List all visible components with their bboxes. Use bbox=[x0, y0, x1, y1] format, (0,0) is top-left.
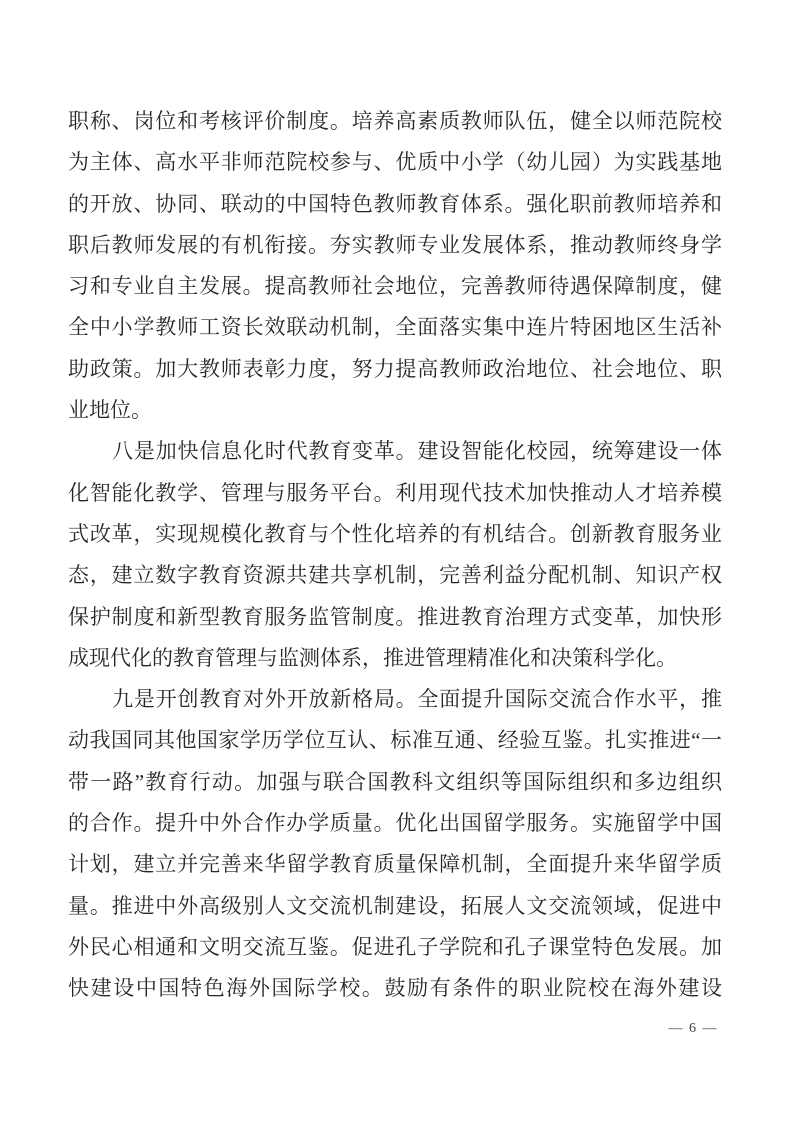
document-line: 的合作。提升中外合作办学质量。优化出国留学服务。实施留学中国 bbox=[68, 803, 722, 844]
page-number: — 6 — bbox=[669, 1021, 719, 1037]
document-line: 化智能化教学、管理与服务平台。利用现代技术加快推动人才培养模 bbox=[68, 473, 722, 514]
document-line: 带一路”教育行动。加强与联合国教科文组织等国际组织和多边组织 bbox=[68, 762, 722, 803]
document-line: 职后教师发展的有机衔接。夯实教师专业发展体系，推动教师终身学 bbox=[68, 225, 722, 266]
paragraph: 职称、岗位和考核评价制度。培养高素质教师队伍，健全以师范院校 为主体、高水平非师… bbox=[68, 101, 722, 431]
document-line: 全中小学教师工资长效联动机制，全面落实集中连片特困地区生活补 bbox=[68, 307, 722, 348]
document-line: 量。推进中外高级别人文交流机制建设，拓展人文交流领域，促进中 bbox=[68, 886, 722, 927]
document-line: 助政策。加大教师表彰力度，努力提高教师政治地位、社会地位、职 bbox=[68, 349, 722, 390]
document-line: 九是开创教育对外开放新格局。全面提升国际交流合作水平，推 bbox=[68, 679, 722, 720]
document-line: 动我国同其他国家学历学位互认、标准互通、经验互鉴。扎实推进“一 bbox=[68, 720, 722, 761]
document-page: 职称、岗位和考核评价制度。培养高素质教师队伍，健全以师范院校 为主体、高水平非师… bbox=[0, 0, 793, 1122]
document-line: 为主体、高水平非师范院校参与、优质中小学（幼儿园）为实践基地 bbox=[68, 142, 722, 183]
paragraph: 八是加快信息化时代教育变革。建设智能化校园，统筹建设一体 化智能化教学、管理与服… bbox=[68, 431, 722, 679]
document-line: 态，建立数字教育资源共建共享机制，完善利益分配机制、知识产权 bbox=[68, 555, 722, 596]
document-line: 快建设中国特色海外国际学校。鼓励有条件的职业院校在海外建设 bbox=[68, 968, 722, 1009]
document-line: 外民心相通和文明交流互鉴。促进孔子学院和孔子课堂特色发展。加 bbox=[68, 927, 722, 968]
document-body: 职称、岗位和考核评价制度。培养高素质教师队伍，健全以师范院校 为主体、高水平非师… bbox=[68, 101, 722, 1010]
document-line: 业地位。 bbox=[68, 390, 722, 431]
document-line: 职称、岗位和考核评价制度。培养高素质教师队伍，健全以师范院校 bbox=[68, 101, 722, 142]
document-line: 八是加快信息化时代教育变革。建设智能化校园，统筹建设一体 bbox=[68, 431, 722, 472]
paragraph: 九是开创教育对外开放新格局。全面提升国际交流合作水平，推 动我国同其他国家学历学… bbox=[68, 679, 722, 1009]
document-line: 计划，建立并完善来华留学教育质量保障机制，全面提升来华留学质 bbox=[68, 844, 722, 885]
document-line: 的开放、协同、联动的中国特色教师教育体系。强化职前教师培养和 bbox=[68, 184, 722, 225]
document-line: 式改革，实现规模化教育与个性化培养的有机结合。创新教育服务业 bbox=[68, 514, 722, 555]
document-line: 习和专业自主发展。提高教师社会地位，完善教师待遇保障制度，健 bbox=[68, 266, 722, 307]
document-line: 成现代化的教育管理与监测体系，推进管理精准化和决策科学化。 bbox=[68, 638, 722, 679]
document-line: 保护制度和新型教育服务监管制度。推进教育治理方式变革，加快形 bbox=[68, 597, 722, 638]
